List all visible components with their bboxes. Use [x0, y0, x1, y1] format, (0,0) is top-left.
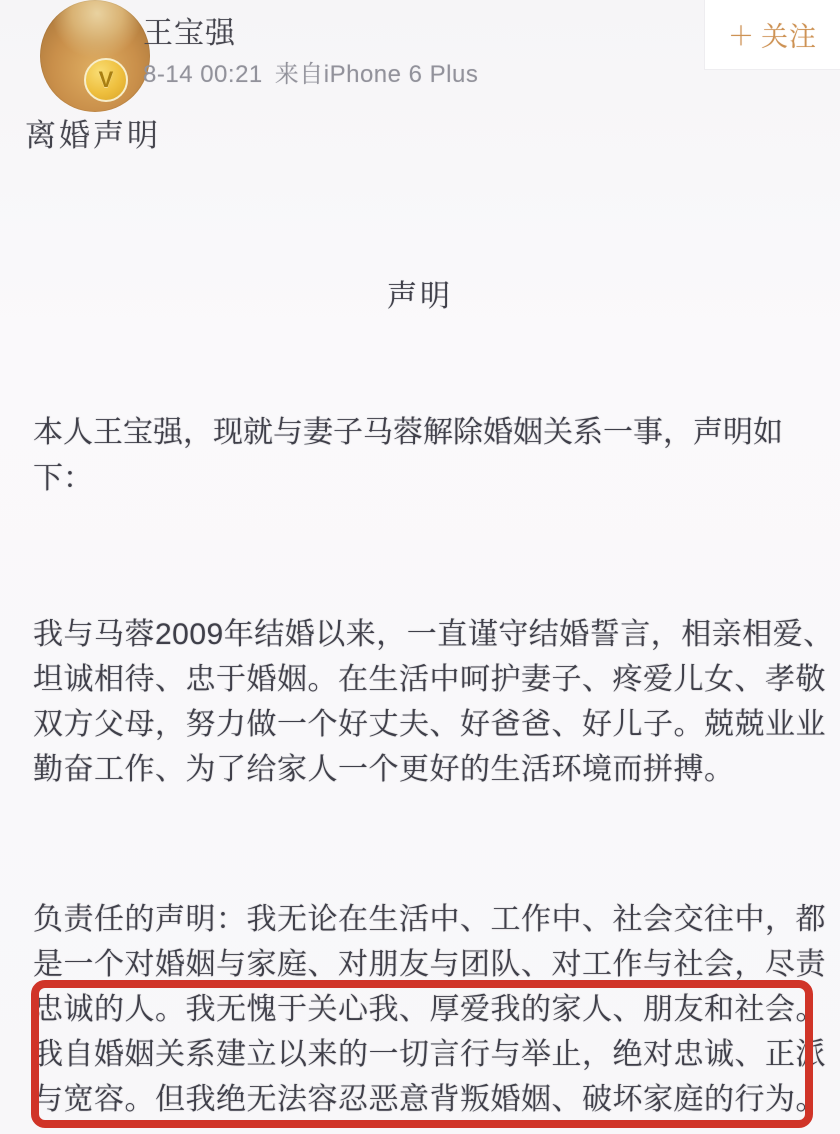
follow-button-label: 关注: [761, 15, 817, 54]
text-line: 与宽容。但我绝无法容忍恶意背叛婚姻、破坏家庭的行为。: [33, 1077, 823, 1122]
post-title: 离婚声明: [25, 110, 161, 155]
text-line: 勤奋工作、为了给家人一个更好的生活环境而拼搏。: [33, 747, 823, 792]
follow-button[interactable]: ＋ 关注: [704, 0, 840, 70]
post-time: 8-14 00:21: [143, 61, 263, 88]
text-line: 下：: [33, 456, 823, 502]
text-line: 我与马蓉2009年结婚以来，一直谨守结婚誓言，相亲相爱、: [33, 612, 823, 657]
text-line: 忠诚的人。我无愧于关心我、厚爱我的家人、朋友和社会。: [33, 987, 823, 1032]
text-line: 是一个对婚姻与家庭、对朋友与团队、对工作与社会，尽责: [33, 942, 823, 987]
statement-paragraph-3: 负责任的声明：我无论在生活中、工作中、社会交往中，都 是一个对婚姻与家庭、对朋友…: [33, 897, 823, 1122]
statement-paragraph-1: 本人王宝强，现就与妻子马蓉解除婚姻关系一事，声明如 下：: [33, 410, 823, 502]
username[interactable]: 王宝强: [143, 8, 236, 52]
text-line: 坦诚相待、忠于婚姻。在生活中呵护妻子、疼爱儿女、孝敬: [33, 657, 823, 702]
plus-icon: ＋: [728, 16, 755, 53]
text-line: 本人王宝强，现就与妻子马蓉解除婚姻关系一事，声明如: [33, 410, 823, 456]
post-source: 来自iPhone 6 Plus: [275, 61, 479, 88]
text-line: 负责任的声明：我无论在生活中、工作中、社会交往中，都: [33, 897, 823, 942]
verified-badge-icon: V: [84, 58, 128, 102]
text-line: 双方父母，努力做一个好丈夫、好爸爸、好儿子。兢兢业业: [33, 702, 823, 747]
weibo-post: V 王宝强 8-14 00:21来自iPhone 6 Plus ＋ 关注 离婚声…: [0, 0, 840, 1134]
statement-paragraph-2: 我与马蓉2009年结婚以来，一直谨守结婚誓言，相亲相爱、 坦诚相待、忠于婚姻。在…: [33, 612, 823, 792]
statement-heading: 声明: [0, 271, 840, 315]
timestamp: 8-14 00:21来自iPhone 6 Plus: [143, 54, 478, 89]
text-line: 我自婚姻关系建立以来的一切言行与举止，绝对忠诚、正派: [33, 1032, 823, 1077]
